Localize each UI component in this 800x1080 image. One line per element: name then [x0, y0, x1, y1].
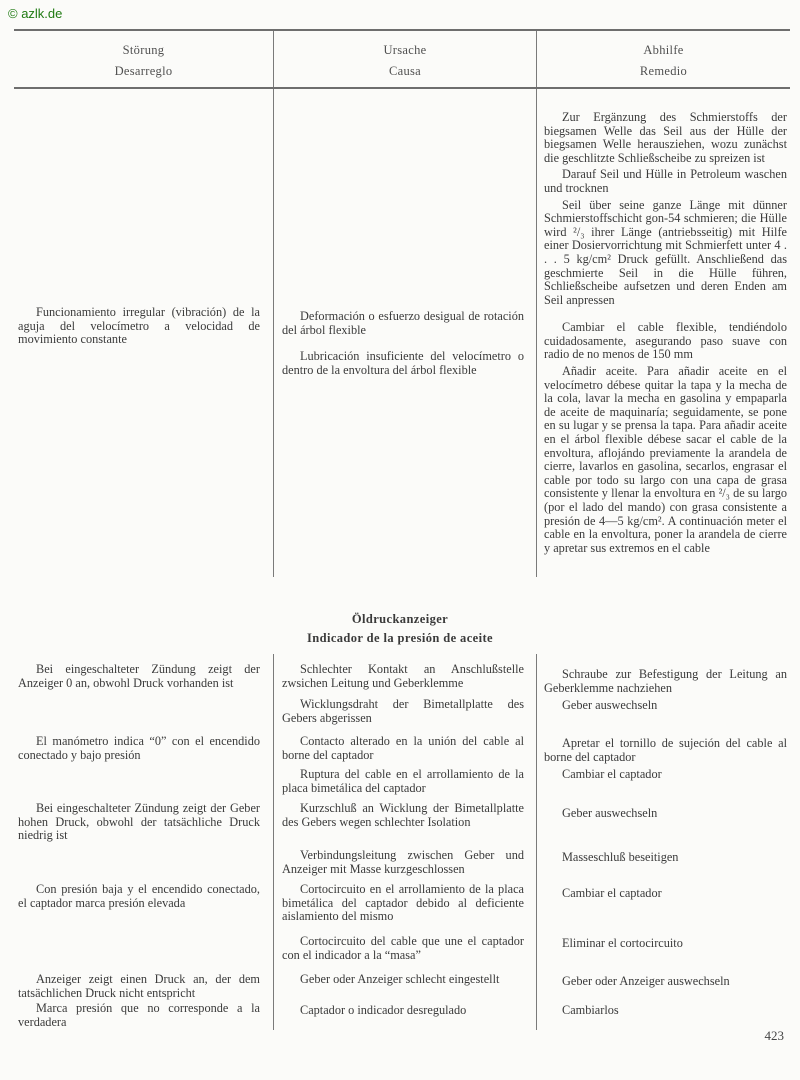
remedy-speedometer-1: Cambiar el cable flexible, tendiéndolo c… [544, 321, 787, 362]
fault-row-6: Marca presión que no corresponde a la ve… [18, 1002, 260, 1029]
cause-text: Verbindungsleitung zwischen Geber und An… [282, 849, 524, 876]
fault-text: Funcionamiento irregular (vibración) de … [18, 306, 260, 347]
header-remedy-es: Remedio [537, 61, 790, 82]
fault-row-3: Bei eingeschalteter Zündung zeigt der Ge… [18, 802, 260, 843]
remedy-row-6a: Cambiarlos [544, 1004, 787, 1018]
remedy-speedometer-2: Añadir aceite. Para añadir aceite en el … [544, 365, 787, 555]
remedy-text: Eliminar el cortocircuito [544, 937, 787, 951]
fault-text: Bei eingeschalteter Zündung zeigt der Ge… [18, 802, 260, 843]
header-remedy: Abhilfe Remedio [537, 40, 790, 82]
remedy-text: Añadir aceite. Para añadir aceite en el … [544, 365, 787, 555]
header-cause: Ursache Causa [274, 40, 536, 82]
fault-text: Bei eingeschalteter Zündung zeigt der An… [18, 663, 260, 690]
cause-text: Captador o indicador desregulado [282, 1004, 524, 1018]
remedy-row-1b: Geber auswechseln [544, 699, 787, 713]
remedy-row-1a: Schraube zur Befestigung der Leitung an … [544, 668, 787, 695]
cause-row-2b: Ruptura del cable en el arrollamiento de… [282, 768, 524, 795]
column-divider-1-upper [273, 89, 274, 577]
remedy-text: Schraube zur Befestigung der Leitung an … [544, 668, 787, 695]
cause-speedometer-1: Deformación o esfuerzo desigual de rotac… [282, 310, 524, 337]
fault-text: El manómetro indica “0” con el encendido… [18, 735, 260, 762]
section-title-de: Öldruckanzeiger [0, 612, 800, 627]
watermark: © azlk.de [8, 6, 62, 21]
cause-row-3a: Kurzschluß an Wicklung der Bimetallplatt… [282, 802, 524, 829]
cause-text: Cortocircuito del cable que une el capta… [282, 935, 524, 962]
remedy-row-3b: Masseschluß beseitigen [544, 851, 787, 865]
column-divider-2-upper [536, 89, 537, 577]
cause-text: Wicklungsdraht der Bimetallplatte des Ge… [282, 698, 524, 725]
remedy-row-3a: Geber auswechseln [544, 807, 787, 821]
cause-text: Lubricación insuficiente del velocímetro… [282, 350, 524, 377]
header-bottom-rule [14, 87, 790, 89]
header-remedy-de: Abhilfe [537, 40, 790, 61]
cause-row-4b: Cortocircuito del cable que une el capta… [282, 935, 524, 962]
cause-row-6a: Captador o indicador desregulado [282, 1004, 524, 1018]
cause-row-1a: Schlechter Kontakt an Anschlußstelle zws… [282, 663, 524, 690]
fault-text: Con presión baja y el encendido conectad… [18, 883, 260, 910]
fault-text: Marca presión que no corresponde a la ve… [18, 1002, 260, 1029]
remedy-text: Geber auswechseln [544, 699, 787, 713]
cause-text: Deformación o esfuerzo desigual de rotac… [282, 310, 524, 337]
page-number: 423 [765, 1028, 785, 1044]
fault-row-2: El manómetro indica “0” con el encendido… [18, 735, 260, 762]
remedy-text: Geber oder Anzeiger auswechseln [544, 975, 787, 989]
remedy-text: Cambiarlos [544, 1004, 787, 1018]
remedy-row-2b: Cambiar el captador [544, 768, 787, 782]
remedy-row-5a: Geber oder Anzeiger auswechseln [544, 975, 787, 989]
fault-row-5: Anzeiger zeigt einen Druck an, der dem t… [18, 973, 260, 1000]
section-title-es: Indicador de la presión de aceite [0, 631, 800, 646]
cause-row-2a: Contacto alterado en la unión del cable … [282, 735, 524, 762]
remedy-text: Cambiar el captador [544, 887, 787, 901]
remedy-text: Cambiar el captador [544, 768, 787, 782]
cause-row-3b: Verbindungsleitung zwischen Geber und An… [282, 849, 524, 876]
remedy-text: Darauf Seil und Hülle in Petroleum wasch… [544, 168, 787, 195]
remedy-text: Zur Ergänzung des Schmierstoffs der bieg… [544, 111, 787, 165]
remedy-text: Cambiar el cable flexible, tendiéndolo c… [544, 321, 787, 362]
remedy-row-4a: Cambiar el captador [544, 887, 787, 901]
remedy-text: Seil über seine ganze Länge mit dünner S… [544, 199, 787, 308]
cause-text: Cortocircuito en el arrollamiento de la … [282, 883, 524, 924]
remedy-text: Masseschluß beseitigen [544, 851, 787, 865]
cause-text: Kurzschluß an Wicklung der Bimetallplatt… [282, 802, 524, 829]
cause-row-1b: Wicklungsdraht der Bimetallplatte des Ge… [282, 698, 524, 725]
fault-row-1: Bei eingeschalteter Zündung zeigt der An… [18, 663, 260, 690]
cause-text: Contacto alterado en la unión del cable … [282, 735, 524, 762]
header-cause-de: Ursache [274, 40, 536, 61]
remedy-text: Geber auswechseln [544, 807, 787, 821]
remedy-row-4b: Eliminar el cortocircuito [544, 937, 787, 951]
column-divider-1-lower [273, 654, 274, 1030]
header-top-rule [14, 29, 790, 31]
remedy-text: Apretar el tornillo de sujeción del cabl… [544, 737, 787, 764]
fault-text: Anzeiger zeigt einen Druck an, der dem t… [18, 973, 260, 1000]
remedy-row-2a: Apretar el tornillo de sujeción del cabl… [544, 737, 787, 764]
header-fault: Störung Desarreglo [14, 40, 273, 82]
fault-speedometer: Funcionamiento irregular (vibración) de … [18, 306, 260, 347]
fault-row-4: Con presión baja y el encendido conectad… [18, 883, 260, 910]
column-divider-2-lower [536, 654, 537, 1030]
cause-text: Geber oder Anzeiger schlecht eingestellt [282, 973, 524, 987]
header-cause-es: Causa [274, 61, 536, 82]
remedy-de-block: Zur Ergänzung des Schmierstoffs der bieg… [544, 111, 787, 307]
cause-text: Ruptura del cable en el arrollamiento de… [282, 768, 524, 795]
cause-row-4a: Cortocircuito en el arrollamiento de la … [282, 883, 524, 924]
header-fault-es: Desarreglo [14, 61, 273, 82]
header-fault-de: Störung [14, 40, 273, 61]
cause-row-5a: Geber oder Anzeiger schlecht eingestellt [282, 973, 524, 987]
cause-speedometer-2: Lubricación insuficiente del velocímetro… [282, 350, 524, 377]
cause-text: Schlechter Kontakt an Anschlußstelle zws… [282, 663, 524, 690]
